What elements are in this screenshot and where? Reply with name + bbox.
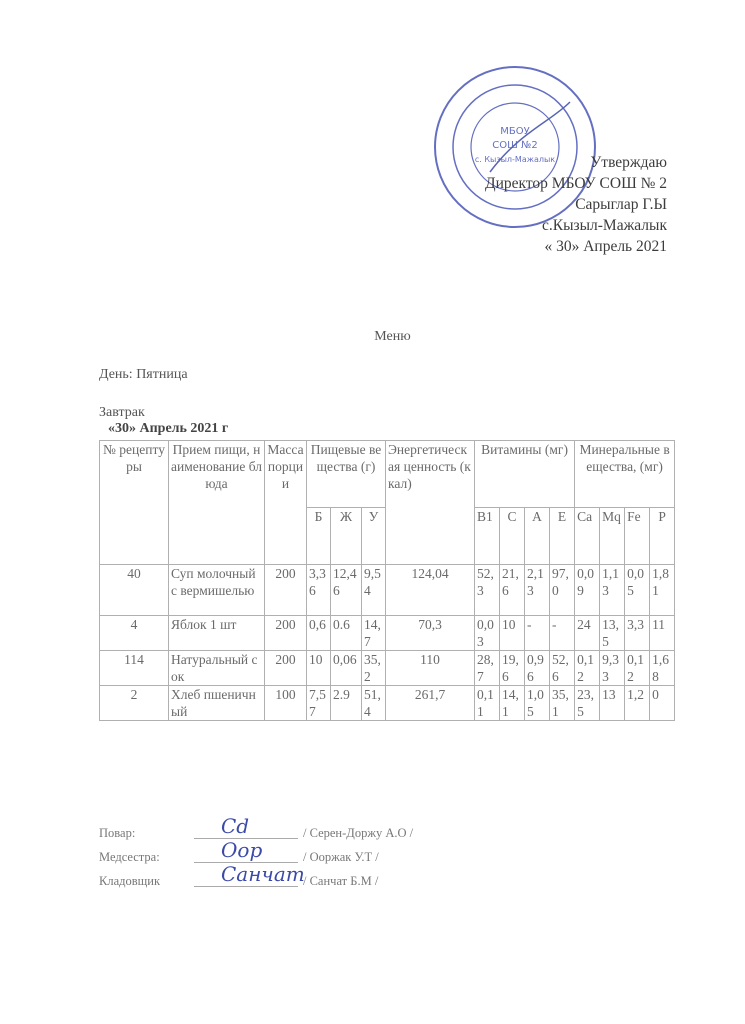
cell-b1: 0,03 xyxy=(475,616,500,651)
cell-mq: 13 xyxy=(600,686,625,721)
cell-fe: 0,05 xyxy=(625,565,650,616)
header-e: E xyxy=(550,508,575,565)
header-a: A xyxy=(525,508,550,565)
cell-fe: 0,12 xyxy=(625,651,650,686)
cell-u: 51,4 xyxy=(362,686,386,721)
handwritten-signature: Oop xyxy=(221,838,262,862)
cell-c: 10 xyxy=(500,616,525,651)
table-row: 40Суп молочный с вермишелью2003,3612,469… xyxy=(100,565,675,616)
meal-label: Завтрак xyxy=(99,405,145,421)
cell-dish: Натуральный сок xyxy=(169,651,265,686)
cell-b1: 52,3 xyxy=(475,565,500,616)
approval-block: Утверждаю Директор МБОУ СОШ № 2 Сарыглар… xyxy=(485,152,667,257)
cell-no: 4 xyxy=(100,616,169,651)
cell-mass: 200 xyxy=(265,565,307,616)
cell-u: 14,7 xyxy=(362,616,386,651)
approval-director: Директор МБОУ СОШ № 2 xyxy=(485,173,667,194)
cell-fe: 1,2 xyxy=(625,686,650,721)
cell-b: 7,57 xyxy=(307,686,331,721)
header-energy: Энергетическая ценность (ккал) xyxy=(386,441,475,565)
cell-no: 40 xyxy=(100,565,169,616)
cell-dish: Яблок 1 шт xyxy=(169,616,265,651)
cell-ca: 24 xyxy=(575,616,600,651)
cell-p: 1,68 xyxy=(650,651,675,686)
cell-ca: 23,5 xyxy=(575,686,600,721)
cell-mq: 1,13 xyxy=(600,565,625,616)
header-c: C xyxy=(500,508,525,565)
header-mass: Масса порции xyxy=(265,441,307,565)
cell-mass: 200 xyxy=(265,651,307,686)
cell-b1: 28,7 xyxy=(475,651,500,686)
cell-energy: 261,7 xyxy=(386,686,475,721)
approval-place: с.Кызыл-Мажалык xyxy=(485,215,667,236)
cell-b: 0,6 xyxy=(307,616,331,651)
cell-mass: 200 xyxy=(265,616,307,651)
cell-dish: Суп молочный с вермишелью xyxy=(169,565,265,616)
cell-c: 19,6 xyxy=(500,651,525,686)
signature-blank xyxy=(194,886,298,887)
cell-a: - xyxy=(525,616,550,651)
cell-zh: 2.9 xyxy=(331,686,362,721)
header-vitamins: Витамины (мг) xyxy=(475,441,575,508)
cell-p: 1,81 xyxy=(650,565,675,616)
header-mq: Mq xyxy=(600,508,625,565)
signature-role: Медсестра: xyxy=(99,850,160,865)
header-p: P xyxy=(650,508,675,565)
cell-e: 52,6 xyxy=(550,651,575,686)
cell-zh: 0.6 xyxy=(331,616,362,651)
cell-e: - xyxy=(550,616,575,651)
handwritten-signature: Санчат xyxy=(221,862,305,886)
cell-c: 14,1 xyxy=(500,686,525,721)
cell-mq: 9,33 xyxy=(600,651,625,686)
approval-name: Сарыглар Г.Ы xyxy=(485,194,667,215)
cell-b: 10 xyxy=(307,651,331,686)
cell-energy: 70,3 xyxy=(386,616,475,651)
table-row: 114Натуральный сок200100,0635,211028,719… xyxy=(100,651,675,686)
approval-line: Утверждаю xyxy=(485,152,667,173)
cell-zh: 0,06 xyxy=(331,651,362,686)
header-recipe-no: № рецептуры xyxy=(100,441,169,565)
signature-role: Кладовщик xyxy=(99,874,160,889)
table-row: 2Хлеб пшеничный1007,572.951,4261,70,1114… xyxy=(100,686,675,721)
cell-ca: 0,09 xyxy=(575,565,600,616)
cell-mass: 100 xyxy=(265,686,307,721)
page-title: Меню xyxy=(0,329,745,345)
cell-a: 2,13 xyxy=(525,565,550,616)
cell-a: 0,96 xyxy=(525,651,550,686)
cell-p: 0 xyxy=(650,686,675,721)
cell-ca: 0,12 xyxy=(575,651,600,686)
cell-e: 97,0 xyxy=(550,565,575,616)
cell-fe: 3,3 xyxy=(625,616,650,651)
cell-a: 1,05 xyxy=(525,686,550,721)
cell-mq: 13,5 xyxy=(600,616,625,651)
date-label: «30» Апрель 2021 г xyxy=(108,421,228,437)
cell-energy: 110 xyxy=(386,651,475,686)
header-dish: Прием пищи, наименование блюда xyxy=(169,441,265,565)
header-minerals: Минеральные вещества, (мг) xyxy=(575,441,675,508)
header-b: Б xyxy=(307,508,331,565)
header-b1: B1 xyxy=(475,508,500,565)
menu-table: № рецептуры Прием пищи, наименование блю… xyxy=(99,440,675,721)
header-nutrients: Пищевые вещества (г) xyxy=(307,441,386,508)
cell-e: 35,1 xyxy=(550,686,575,721)
cell-b: 3,36 xyxy=(307,565,331,616)
table-row: 4Яблок 1 шт2000,60.614,770,30,0310--2413… xyxy=(100,616,675,651)
cell-dish: Хлеб пшеничный xyxy=(169,686,265,721)
header-ca: Ca xyxy=(575,508,600,565)
cell-u: 9,54 xyxy=(362,565,386,616)
header-zh: Ж xyxy=(331,508,362,565)
header-u: У xyxy=(362,508,386,565)
cell-energy: 124,04 xyxy=(386,565,475,616)
handwritten-signature: Cd xyxy=(221,814,249,838)
cell-b1: 0,11 xyxy=(475,686,500,721)
cell-no: 2 xyxy=(100,686,169,721)
header-fe: Fe xyxy=(625,508,650,565)
cell-zh: 12,46 xyxy=(331,565,362,616)
signature-name: / Ооржак У.Т / xyxy=(303,850,379,865)
cell-no: 114 xyxy=(100,651,169,686)
cell-p: 11 xyxy=(650,616,675,651)
signature-name: / Санчат Б.М / xyxy=(303,874,378,889)
signature-role: Повар: xyxy=(99,826,135,841)
cell-u: 35,2 xyxy=(362,651,386,686)
day-label: День: Пятница xyxy=(99,367,188,383)
signature-name: / Серен-Доржу А.О / xyxy=(303,826,413,841)
cell-c: 21,6 xyxy=(500,565,525,616)
approval-date: « 30» Апрель 2021 xyxy=(485,236,667,257)
